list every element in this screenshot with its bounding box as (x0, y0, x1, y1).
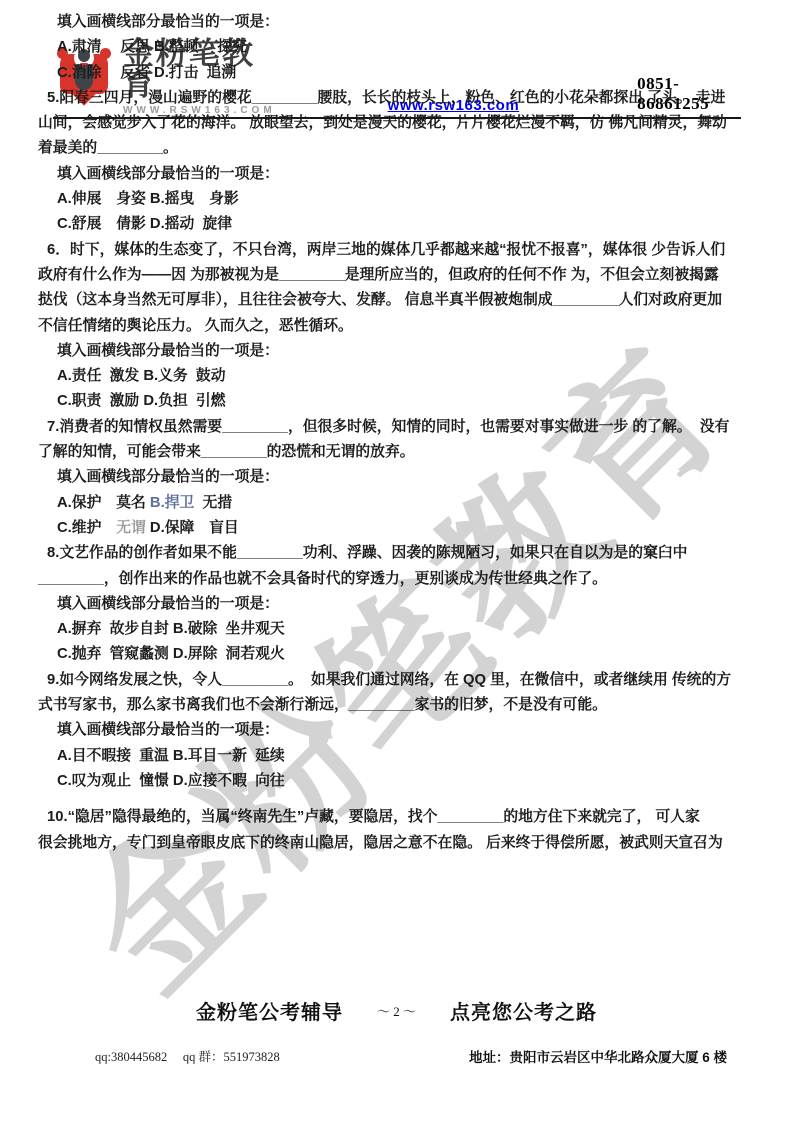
q7-option-b-highlighted: B.捍卫 (150, 495, 194, 511)
question-10-cont: 很会挑地方，专门到皇帝眼皮底下的终南山隐居，隐居之意不在隐。 后来终于得偿所愿，… (38, 831, 757, 856)
footer-info-line: qq:380445682 qq 群：551973828 地址：贵阳市云岩区中华北… (95, 1046, 727, 1066)
question-5-cont: 山间，会感觉步入了花的海洋。 放眼望去，到处是漫天的樱花，片片樱花烂漫不羁，仿 … (38, 111, 757, 136)
q9-options-cd: C.叹为观止 憧憬 D.应接不暇 向往 (38, 769, 757, 794)
question-6-cont: 政府有什么作为——因 为那被视为是________是理所应当的，但政府的任何不作… (38, 263, 757, 288)
document-body: 填入画横线部分最恰当的一项是： A.肃清 反思 B.整顿 探究 C.消除 反省 … (38, 10, 757, 856)
question-7: 7.消费者的知情权虽然需要________，但很多时候，知情的同时，也需要对事实… (38, 415, 757, 440)
q7-option-b-rest: 无措 (194, 495, 232, 511)
q6-options-ab: A.责任 激发 B.义务 鼓动 (38, 364, 757, 389)
question-5: 5.阳春三四月，漫山遍野的樱花________腰肢，长长的枝头上，粉色、红色的小… (38, 86, 757, 111)
q6-options-cd: C.职责 激励 D.负担 引燃 (38, 389, 757, 414)
q4-options-ab: A.肃清 反思 B.整顿 探究 (38, 35, 757, 60)
question-7-cont: 了解的知情，可能会带来________的恐慌和无谓的放弃。 (38, 440, 757, 465)
question-9: 9.如今网络发展之快，令人________。 如果我们通过网络，在 QQ 里，在… (38, 668, 757, 693)
footer-qq-contacts: qq:380445682 qq 群：551973828 (95, 1047, 280, 1065)
document-page: 金粉笔教育 WWW.RSW163.COM www.rsw163.com 0851… (0, 0, 793, 1122)
q7-option-d: D.保障 盲目 (146, 520, 239, 536)
q8-options-cd: C.抛弃 管窥蠡测 D.屏除 洞若观火 (38, 642, 757, 667)
prompt-q9: 填入画横线部分最恰当的一项是： (38, 718, 757, 743)
prompt-q4: 填入画横线部分最恰当的一项是： (38, 10, 757, 35)
question-9-cont: 式书写家书，那么家书离我们也不会渐行渐远，________家书的旧梦，不是没有可… (38, 693, 757, 718)
q7-options-cd: C.维护 无谓 D.保障 盲目 (38, 516, 757, 541)
q7-option-a: A.保护 莫名 (57, 495, 150, 511)
page-number: ～ 2 ～ (377, 1001, 416, 1020)
q7-options-ab: A.保护 莫名 B.捍卫 无措 (38, 491, 757, 516)
q5-options-ab: A.伸展 身姿 B.摇曳 身影 (38, 187, 757, 212)
q8-options-ab: A.摒弃 故步自封 B.破除 坐井观天 (38, 617, 757, 642)
question-5-cont2: 着最美的________。 (38, 136, 757, 161)
footer-brand: 金粉笔公考辅导 (196, 996, 343, 1025)
question-6-cont2: 挞伐（这本身当然无可厚非），且往往会被夸大、发酵。 信息半真半假被炮制成____… (38, 288, 757, 313)
prompt-q8: 填入画横线部分最恰当的一项是： (38, 592, 757, 617)
prompt-q5: 填入画横线部分最恰当的一项是： (38, 162, 757, 187)
footer-brand-line: 金粉笔公考辅导 ～ 2 ～ 点亮您公考之路 (0, 996, 793, 1025)
question-10: 10.“隐居”隐得最绝的，当属“终南先生”卢藏，要隐居，找个________的地… (38, 805, 757, 830)
footer-slogan: 点亮您公考之路 (450, 996, 597, 1025)
question-8: 8.文艺作品的创作者如果不能________功利、浮躁、因袭的陈规陋习，如果只在… (38, 541, 757, 566)
q5-options-cd: C.舒展 倩影 D.摇动 旋律 (38, 212, 757, 237)
question-8-cont: ________，创作出来的作品也就不会具备时代的穿透力，更别谈成为传世经典之作… (38, 567, 757, 592)
question-6-cont3: 不信任情绪的舆论压力。 久而久之，恶性循环。 (38, 314, 757, 339)
q4-options-cd: C.消除 反省 D.打击 追溯 (38, 61, 757, 86)
footer-address: 地址：贵阳市云岩区中华北路众厦大厦 6 楼 (469, 1046, 727, 1066)
prompt-q6: 填入画横线部分最恰当的一项是： (38, 339, 757, 364)
q7-option-c-gray: 无谓 (116, 520, 146, 536)
question-6: 6．时下，媒体的生态变了，不只台湾，两岸三地的媒体几乎都越来越“报忧不报喜”，媒… (38, 238, 757, 263)
q9-options-ab: A.目不暇接 重温 B.耳目一新 延续 (38, 744, 757, 769)
prompt-q7: 填入画横线部分最恰当的一项是： (38, 465, 757, 490)
q7-option-c: C.维护 (57, 520, 116, 536)
